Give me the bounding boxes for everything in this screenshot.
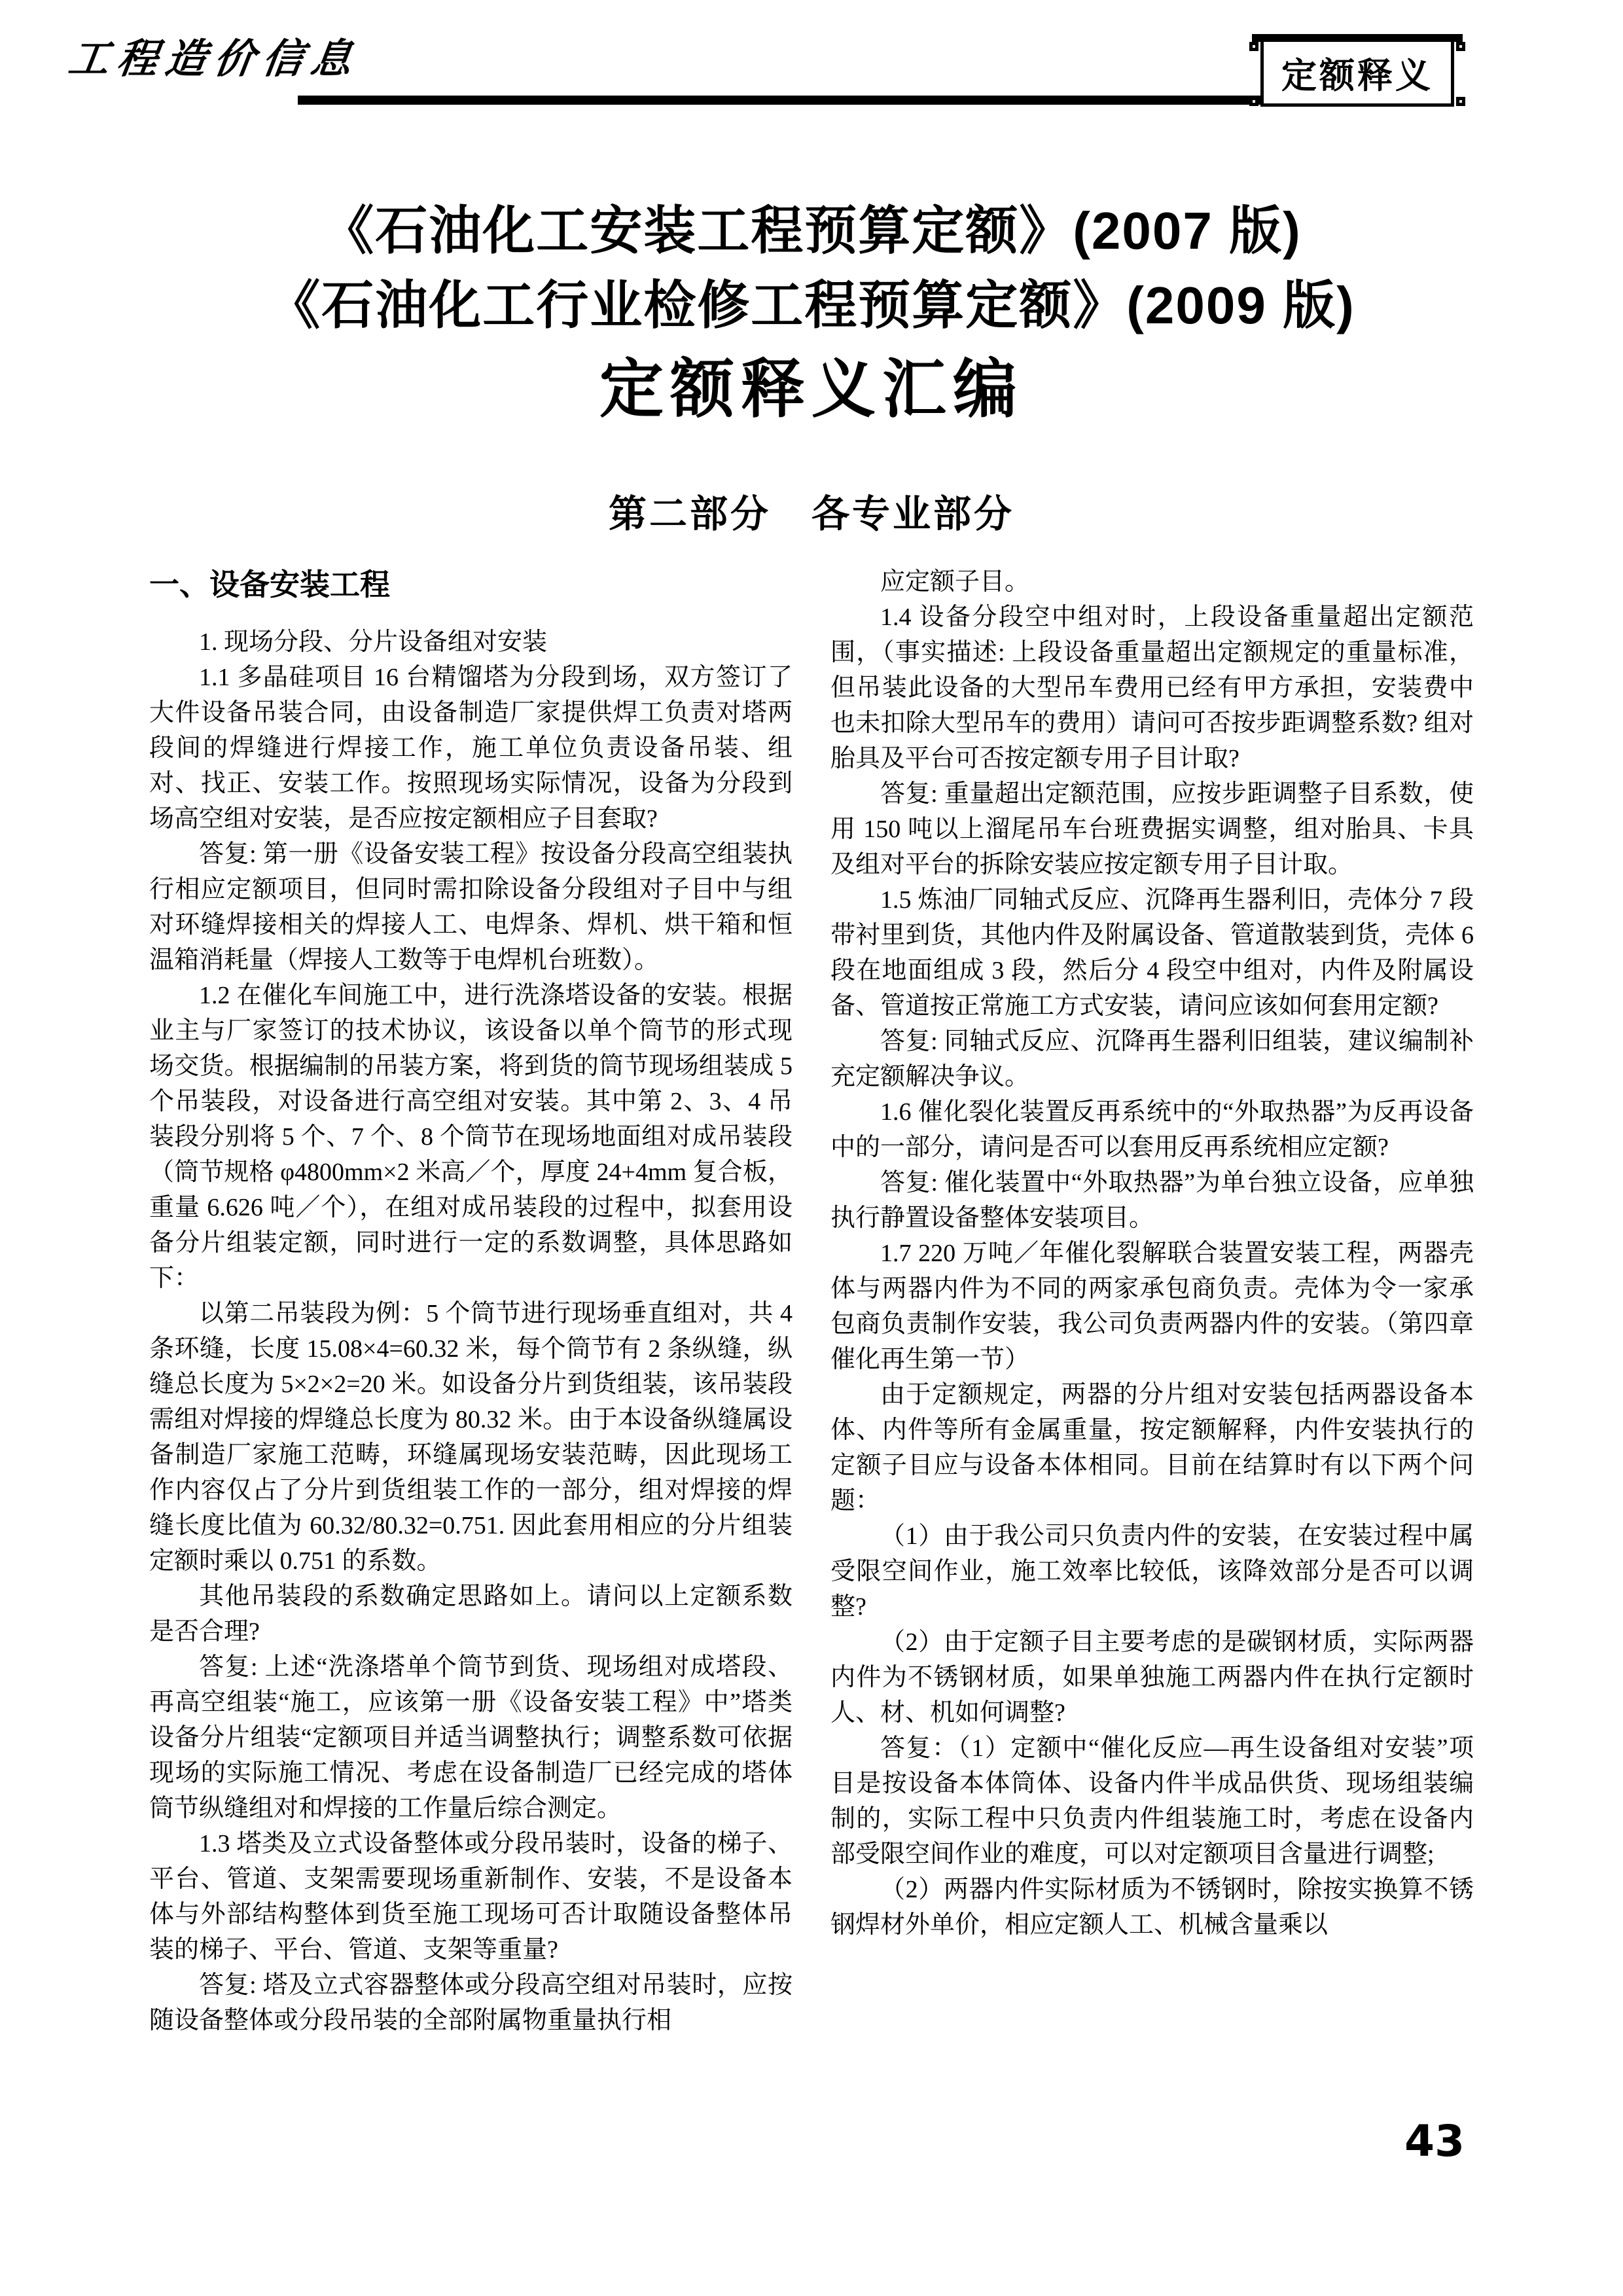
paragraph: 1.2 在催化车间施工中，进行洗涤塔设备的安装。根据业主与厂家签订的技术协议，该…	[149, 978, 793, 1296]
paragraph: 1.3 塔类及立式设备整体或分段吊装时，设备的梯子、平台、管道、支架需要现场重新…	[149, 1826, 793, 1967]
paragraph: 答复: 催化装置中“外取热器”为单台独立设备，应单独执行静置设备整体安装项目。	[830, 1165, 1474, 1236]
left-column: 一、设备安装工程 1. 现场分段、分片设备组对安装1.1 多晶硅项目 16 台精…	[149, 564, 793, 2038]
paragraph: 答复: 重量超出定额范围，应按步距调整子目系数，使用 150 吨以上溜尾吊车台班…	[830, 776, 1474, 882]
paragraph: 以第二吊装段为例：5 个筒节进行现场垂直组对，共 4 条环缝，长度 15.08×…	[149, 1296, 793, 1579]
page-number: 43	[1404, 2116, 1465, 2166]
paragraph: 答复: 第一册《设备安装工程》按设备分段高空组装执行相应定额项目，但同时需扣除设…	[149, 836, 793, 978]
paragraph: 答复: 同轴式反应、沉降再生器利旧组装，建议编制补充定额解决争议。	[830, 1024, 1474, 1094]
left-column-paragraphs: 1. 现场分段、分片设备组对安装1.1 多晶硅项目 16 台精馏塔为分段到场，双…	[149, 624, 793, 2038]
document-title-line-3: 定额释义汇编	[0, 338, 1623, 430]
paragraph: 答复：（1）定额中“催化反应—再生设备组对安装”项目是按设备本体筒体、设备内件半…	[830, 1731, 1474, 1872]
badge-corner-ornament	[1249, 97, 1258, 106]
document-title-line-1: 《石油化工安装工程预算定额》(2007 版)	[0, 188, 1623, 264]
paragraph: 其他吊装段的系数确定思路如上。请问以上定额系数是否合理?	[149, 1579, 793, 1649]
paragraph: 1.6 催化裂化装置反再系统中的“外取热器”为反再设备中的一部分，请问是否可以套…	[830, 1094, 1474, 1165]
part-subtitle: 第二部分 各专业部分	[0, 483, 1623, 538]
document-title-line-2: 《石油化工行业检修工程预算定额》(2009 版)	[0, 263, 1623, 338]
paragraph: 1.5 炼油厂同轴式反应、沉降再生器利旧，壳体分 7 段带衬里到货，其他内件及附…	[830, 882, 1474, 1024]
paragraph: 由于定额规定，两器的分片组对安装包括两器设备本体、内件等所有金属重量，按定额解释…	[830, 1377, 1474, 1518]
paragraph: （2）两器内件实际材质为不锈钢时，除按实换算不锈钢焊材外单价，相应定额人工、机械…	[830, 1872, 1474, 1943]
paragraph: 答复: 塔及立式容器整体或分段高空组对吊装时，应按随设备整体或分段吊装的全部附属…	[149, 1967, 793, 2038]
paragraph: （2）由于定额子目主要考虑的是碳钢材质，实际两器内件为不锈钢材质，如果单独施工两…	[830, 1624, 1474, 1731]
paragraph: 应定额子目。	[830, 564, 1474, 600]
section-heading: 一、设备安装工程	[149, 564, 793, 605]
paragraph: 1.7 220 万吨／年催化裂解联合装置安装工程，两器壳体与两器内件为不同的两家…	[830, 1236, 1474, 1377]
badge-corner-ornament	[1456, 42, 1465, 51]
paragraph: 1.1 多晶硅项目 16 台精馏塔为分段到场，双方签订了大件设备吊装合同，由设备…	[149, 660, 793, 836]
badge-label: 定额释义	[1281, 48, 1433, 98]
badge-corner-ornament	[1456, 97, 1465, 106]
badge-corner-ornament	[1249, 42, 1258, 51]
right-column: 应定额子目。1.4 设备分段空中组对时，上段设备重量超出定额范围，（事实描述: …	[830, 564, 1474, 2038]
paragraph: 1. 现场分段、分片设备组对安装	[149, 624, 793, 660]
body-columns: 一、设备安装工程 1. 现场分段、分片设备组对安装1.1 多晶硅项目 16 台精…	[149, 564, 1474, 2038]
section-badge: 定额释义	[1260, 42, 1454, 107]
paragraph: 1.4 设备分段空中组对时，上段设备重量超出定额范围，（事实描述: 上段设备重量…	[830, 600, 1474, 776]
document-page: 工程造价信息 定额释义 《石油化工安装工程预算定额》(2007 版) 《石油化工…	[0, 0, 1623, 2296]
paragraph: （1）由于我公司只负责内件的安装，在安装过程中属受限空间作业，施工效率比较低，该…	[830, 1518, 1474, 1624]
paragraph: 答复: 上述“洗涤塔单个筒节到货、现场组对成塔段、再高空组装“施工，应该第一册《…	[149, 1649, 793, 1826]
right-column-paragraphs: 应定额子目。1.4 设备分段空中组对时，上段设备重量超出定额范围，（事实描述: …	[830, 564, 1474, 1943]
masthead-logo: 工程造价信息	[65, 26, 365, 84]
